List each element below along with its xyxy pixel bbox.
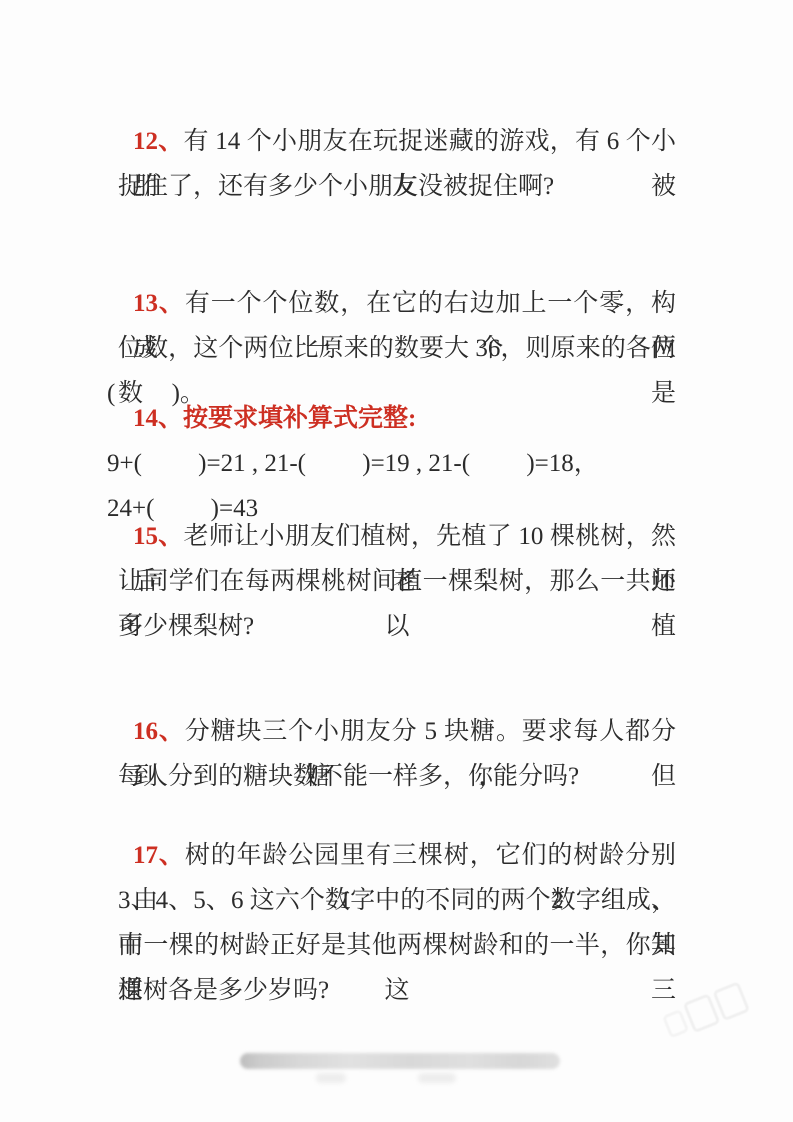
stamp-glyph	[662, 1009, 690, 1039]
problem-14: 14、按要求填补算式完整:9+( )=21 , 21-( )=19 , 21-(…	[118, 396, 676, 531]
problem-line: 16、分糖块三个小朋友分 5 块糖。要求每人都分到糖，但	[118, 709, 676, 754]
problem-number: 16、	[133, 718, 185, 745]
diagonal-watermark-stamp	[657, 959, 787, 1050]
problem-line: 让同学们在每两棵桃树间植一棵梨树，那么一共还可以植	[118, 559, 676, 604]
problem-17: 17、树的年龄公园里有三棵树，它们的树龄分别由 1、2、3、4、5、6 这六个数…	[118, 833, 676, 1013]
bottom-blur-watermark	[240, 1053, 560, 1069]
problem-line: 17、树的年龄公园里有三棵树，它们的树龄分别由 1、2、	[118, 833, 676, 878]
problem-line: 13、有一个个位数，在它的右边加上一个零，构成一个两	[118, 281, 676, 326]
problem-12: 12、有 14 个小朋友在玩捉迷藏的游戏，有 6 个小朋友被捉住了，还有多少个小…	[118, 119, 676, 209]
problem-number: 12、	[133, 128, 184, 155]
problem-line: 中一棵的树龄正好是其他两棵树龄和的一半，你知道这三	[118, 923, 676, 968]
problem-number: 13、	[133, 290, 185, 317]
problem-line: 15、老师让小朋友们植树，先植了 10 棵桃树，然后老师	[118, 514, 676, 559]
stamp-glyph	[712, 981, 750, 1021]
problem-number: 17、	[133, 842, 185, 869]
watermark-smudge	[418, 1073, 456, 1083]
problem-16: 16、分糖块三个小朋友分 5 块糖。要求每人都分到糖，但每人分到的糖块数不能一样…	[118, 709, 676, 799]
problem-line: 12、有 14 个小朋友在玩捉迷藏的游戏，有 6 个小朋友被	[118, 119, 676, 164]
problem-line: 14、按要求填补算式完整:	[118, 396, 676, 441]
problem-line: 3、4、5、6 这六个数字中的不同的两个数字组成，而其	[118, 878, 676, 923]
problem-number: 15、	[133, 523, 184, 550]
problem-line: 9+( )=21 , 21-( )=19 , 21-( )=18，	[107, 441, 676, 486]
problem-number: 14、	[133, 405, 183, 432]
watermark-smudge	[316, 1073, 346, 1083]
worksheet-page: 12、有 14 个小朋友在玩捉迷藏的游戏，有 6 个小朋友被捉住了，还有多少个小…	[0, 0, 793, 1122]
problem-15: 15、老师让小朋友们植树，先植了 10 棵桃树，然后老师让同学们在每两棵桃树间植…	[118, 514, 676, 649]
problem-line: 位数，这个两位比原来的数要大 36，则原来的各位数是	[118, 326, 676, 371]
